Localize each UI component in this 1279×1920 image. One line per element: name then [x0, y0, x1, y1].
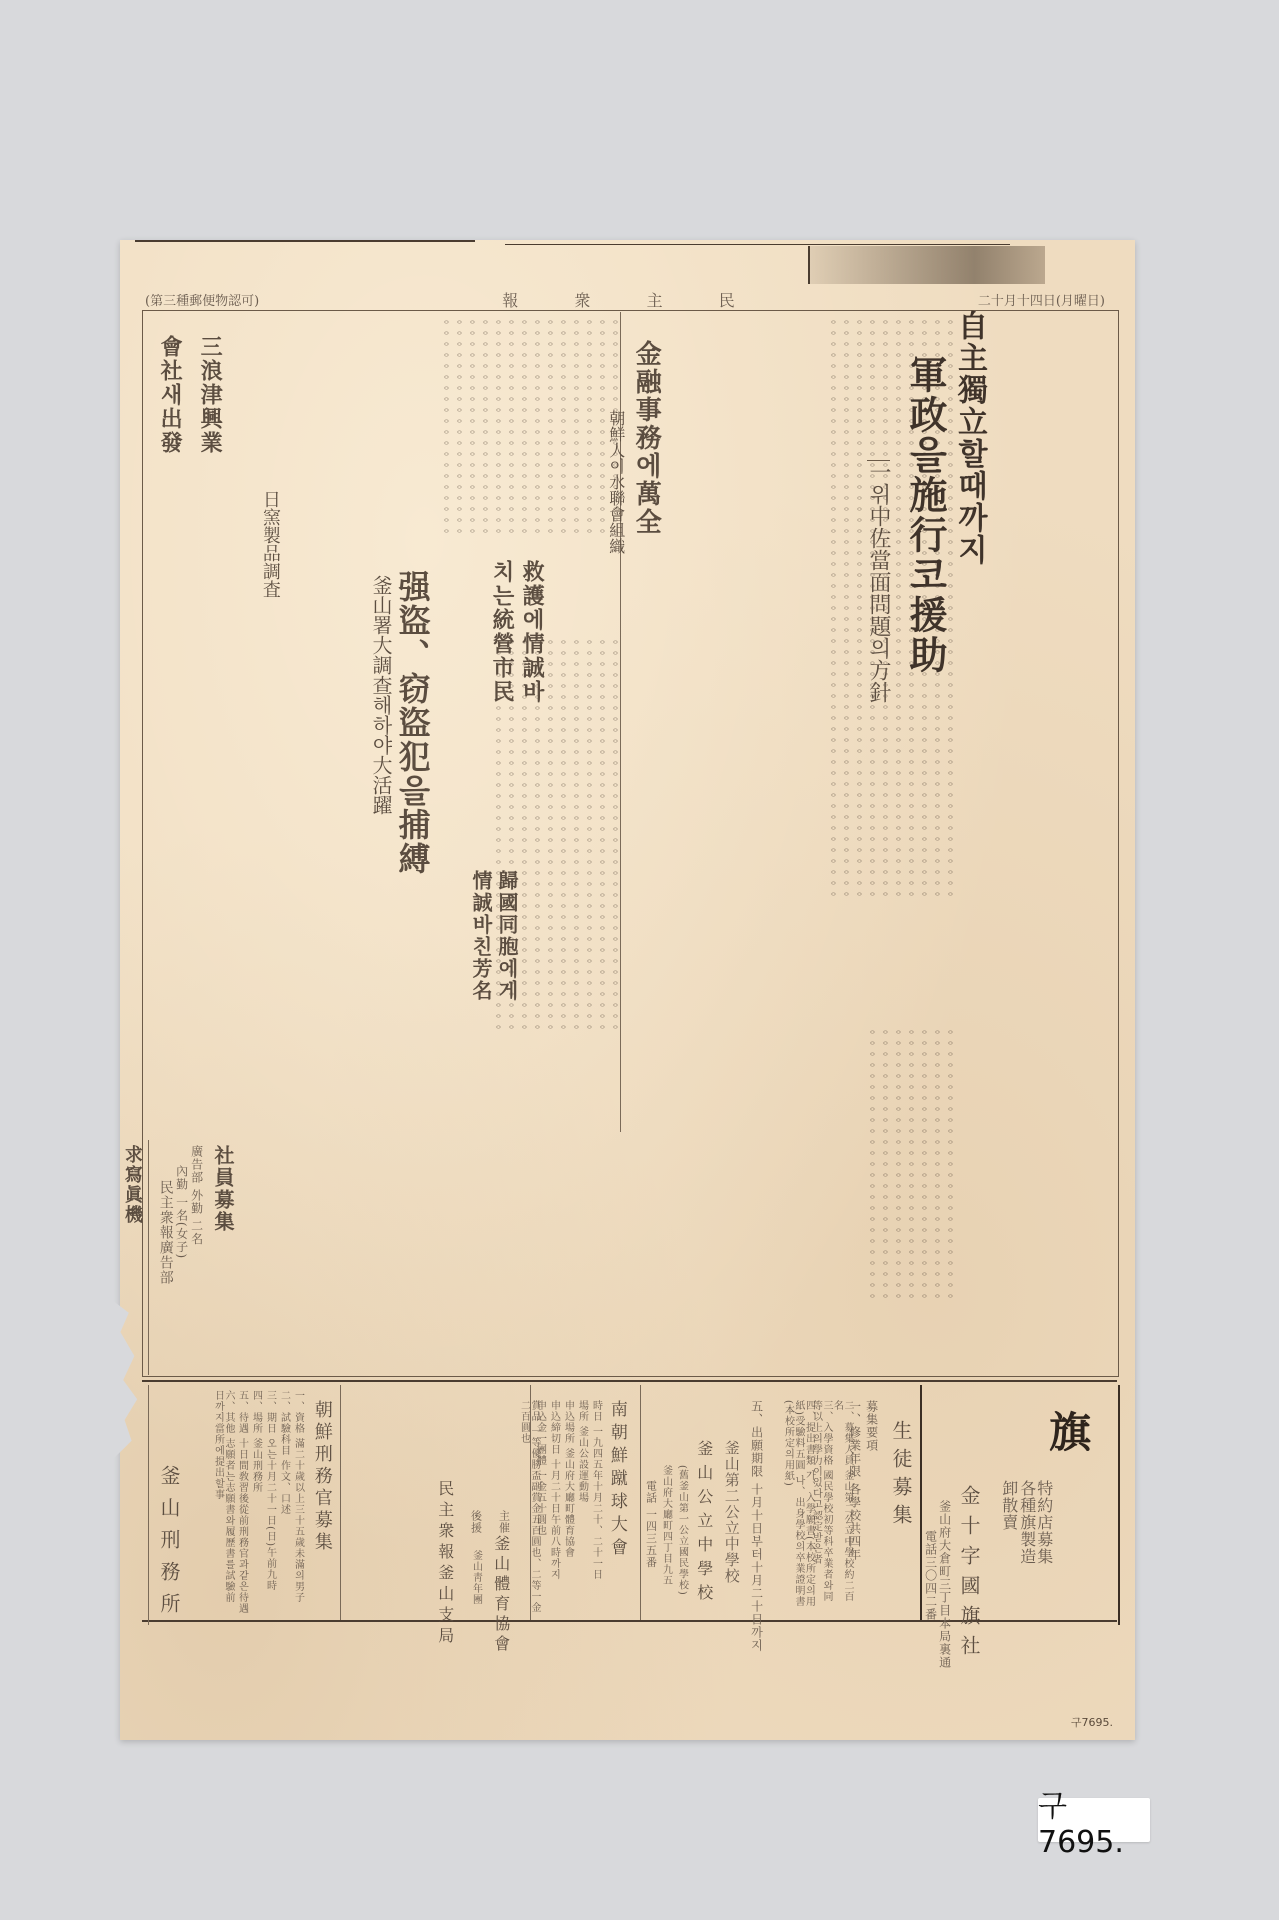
handwritten-catalog-number: 구7695.	[1071, 1714, 1113, 1730]
student-recruit-item: 四、提出書類 가、入學願書(本校所定의用紙)受驗料五圓 나、出身學校의卒業證明書…	[782, 1400, 814, 1610]
masthead-date: 二十月十四日(月曜日)	[978, 290, 1105, 309]
compatriot-headline-1: 歸國同胞에게	[496, 870, 517, 1002]
student-recruit-item: 二、募集人員 釜山第二公立中學校約二百名	[831, 1400, 852, 1610]
staff-recruit-line: 廣告部 外勤 二名	[190, 1145, 203, 1246]
staff-recruit-line: 內勤 一名(女子)	[175, 1165, 188, 1259]
organizer-label: 主催	[498, 1510, 510, 1534]
finance-subhead: 朝鮮人이水聯會組織	[607, 410, 624, 554]
prison-officer-item: 四、場所 釜山刑務所	[250, 1390, 261, 1493]
organizer-name: 釜山體育協會	[492, 1535, 509, 1655]
school-phone: 電話 一四三五番	[645, 1480, 657, 1569]
student-recruit-item: 募集要項	[865, 1400, 878, 1452]
school-name-2: 釜山公立中學校	[695, 1440, 712, 1608]
body-text-block: ᄋᄋᄋᄋᄋᄋᄋᄋᄋᄋᄋᄋᄋᄋᄋᄋᄋᄋᄋᄋᄋᄋᄋᄋᄋ ᄋᄋᄋᄋᄋᄋᄋᄋᄋᄋᄋᄋᄋᄋ…	[625, 1030, 955, 1370]
flag-address: 釜山府大倉町三丁目本局裏通	[938, 1500, 951, 1669]
flag-phone: 電話三〇四二番	[924, 1530, 937, 1621]
masthead-title: 報 衆 主 民	[476, 288, 760, 311]
ads-top-rule	[142, 1380, 1117, 1382]
flag-big-char: 旗	[1045, 1410, 1089, 1452]
school-name-1: 釜山第二公立中學校	[723, 1440, 739, 1584]
prison-officer-item: 二、試驗科目 作文、口述	[278, 1390, 289, 1515]
classified-divider	[148, 1140, 149, 1375]
flag-ad-line: 特約店募集	[1035, 1480, 1052, 1565]
sponsor-name: 民主衆報釜山支局	[436, 1480, 453, 1648]
prison-officer-item: 六、其他 志願者는志願書와履歷書를試驗前日까지當所에提出할事	[212, 1390, 233, 1605]
masthead-smudge	[808, 246, 1045, 284]
ad-divider	[340, 1385, 341, 1620]
torn-edge	[112, 1300, 140, 1460]
tournament-item: 場所 釜山公設運動場	[576, 1400, 587, 1503]
prison-officer-item: 一、資格 滿二十歲以上三十五歲未滿의男子	[292, 1390, 303, 1603]
busan-police-headline: 强盜、窃盜犯을捕縛	[395, 570, 429, 876]
top-rule	[505, 244, 1010, 245]
compatriot-headline-2: 情誠바친芳名	[470, 870, 491, 1002]
masthead: (第三種郵便物認可) 報 衆 主 民 二十月十四日(月曜日)	[145, 288, 1105, 310]
top-story-headline: 軍政을施行코援助	[905, 355, 945, 675]
page-right-rule	[1118, 1385, 1120, 1625]
ad-left-rule	[148, 1385, 149, 1625]
student-recruit-title: 生徒募集	[890, 1420, 911, 1532]
prison-officer-item: 三、期日 오는十月二十一日(日)午前九時	[264, 1390, 275, 1591]
catalog-label: 구7695.	[1038, 1798, 1150, 1842]
newspaper-page: (第三種郵便物認可) 報 衆 主 民 二十月十四日(月曜日) ᄋᄋᄋᄋᄋᄋᄋᄋᄋ…	[120, 240, 1135, 1740]
tournament-item: 時日 一九四五年十月二十、二十一日	[590, 1400, 601, 1615]
tournament-item: 賞品 一等優勝盃副賞金五百圓也、二等一金二百圓也	[518, 1400, 539, 1615]
school-note: (舊釜山第一公立國民學校)	[676, 1465, 687, 1596]
finance-headline: 金融事務에萬全	[632, 340, 659, 536]
prison-officer-item: 五、待遇 十日間敎習後從前刑務官과같은待遇	[236, 1390, 247, 1614]
staff-recruit-title: 社員募集	[212, 1145, 233, 1233]
staff-recruit-signature: 民主衆報廣告部	[158, 1180, 173, 1285]
tournament-item: 申込場所 釜山府大廳町體育協會	[562, 1400, 573, 1558]
samnangjin-headline: 三浪津興業	[198, 335, 221, 455]
ad-divider	[920, 1385, 922, 1620]
prison-officer-title: 朝鮮刑務官募集	[312, 1400, 331, 1554]
busan-police-subhead: 釜山署大調查해하야大活躍	[370, 575, 391, 815]
top-story-subhead: 一위中佐當面問題의方針	[867, 460, 890, 703]
masthead-left-note: (第三種郵便物認可)	[145, 290, 259, 309]
tongyeong-headline-1: 救護에情誠바	[520, 560, 543, 704]
sponsor-name-2: 釜山靑年團	[470, 1550, 481, 1605]
tournament-title: 南朝鮮蹴球大會	[607, 1400, 625, 1561]
job-wanted-title: 求寫眞機	[122, 1145, 141, 1225]
top-rule	[135, 240, 475, 242]
flag-ad-line: 卸散賣	[1000, 1480, 1017, 1531]
tournament-item: 申込締切日 十月二十日午前八時까지	[548, 1400, 559, 1580]
school-address: 釜山府大廳町四丁目九五	[660, 1465, 671, 1586]
company-headline: 會社새出發	[158, 335, 181, 455]
flag-company-name: 金十字國旗社	[958, 1485, 979, 1665]
flag-ad-line: 各種旗製造	[1018, 1480, 1035, 1565]
prison-signature: 釜山刑務所	[158, 1465, 179, 1625]
tongyeong-headline-2: 치는統營市民	[490, 560, 513, 704]
top-story-kicker: 自主獨立할때까지	[954, 310, 986, 566]
sponsor-label: 後援	[470, 1510, 482, 1534]
student-recruit-item: 五、出願期限 十月十日부터十月二十日까지	[750, 1400, 763, 1652]
japanese-goods-headline: 日窯製品調査	[260, 490, 279, 598]
ad-divider	[640, 1385, 641, 1620]
